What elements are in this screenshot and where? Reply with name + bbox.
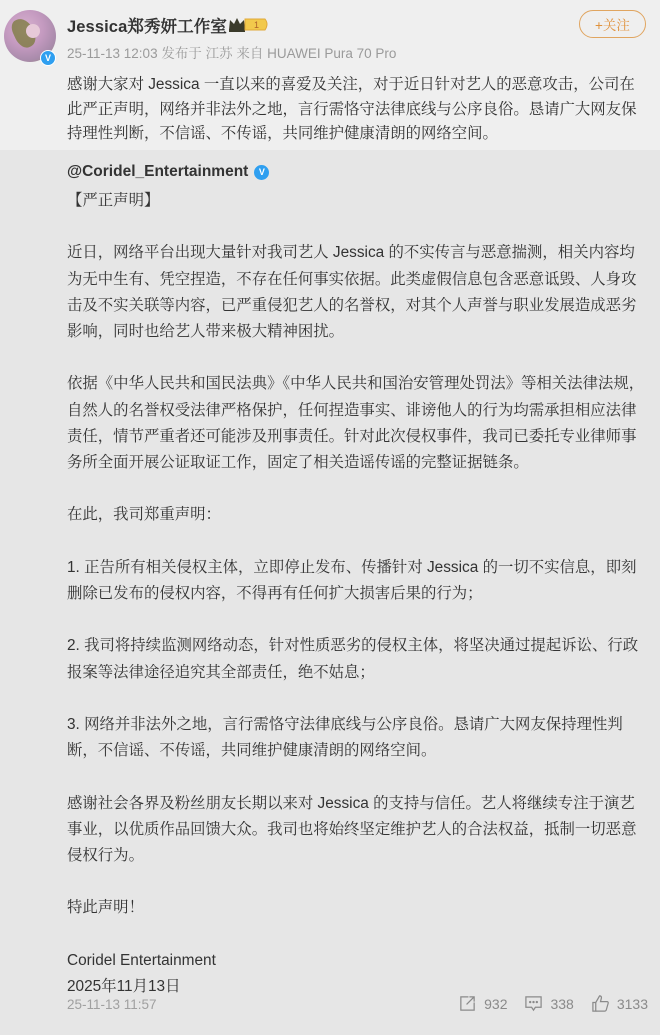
comment-button[interactable]: 338: [524, 994, 573, 1013]
repost-author-name[interactable]: @Coridel_Entertainment: [67, 163, 248, 181]
statement-title: 【严正声明】: [67, 188, 647, 214]
post-text: 感谢大家对 Jessica 一直以来的喜爱及关注，对于近日针对艺人的恶意攻击，公…: [67, 73, 647, 147]
repost-author[interactable]: @Coridel_Entertainment V: [67, 163, 269, 181]
reposted-content[interactable]: @Coridel_Entertainment V 【严正声明】 近日，网络平台出…: [0, 150, 660, 1035]
like-count: 3133: [617, 996, 648, 1012]
engagement-stats: 932 338 3133: [458, 994, 648, 1013]
paragraph: 3. 网络并非法外之地，言行需恪守法律底线与公序良俗。恳请广大网友保持理性判断，…: [67, 712, 647, 764]
like-button[interactable]: 3133: [591, 994, 648, 1013]
comment-icon: [524, 994, 543, 1013]
paragraph: 特此声明！: [67, 895, 647, 921]
comment-count: 338: [550, 996, 573, 1012]
verified-icon: V: [254, 165, 269, 180]
signature: Coridel Entertainment: [67, 948, 647, 974]
paragraph: 依据《中华人民共和国民法典》《中华人民共和国治安管理处罚法》等相关法律法规，自然…: [67, 371, 647, 476]
username[interactable]: Jessica郑秀妍工作室: [67, 13, 227, 37]
paragraph: 近日，网络平台出现大量针对我司艺人 Jessica 的不实传言与恶意揣测，相关内…: [67, 240, 647, 345]
post-meta: 25-11-13 12:03 发布于 江苏 来自 HUAWEI Pura 70 …: [67, 42, 396, 62]
paragraph: 2. 我司将持续监测网络动态，针对性质恶劣的侵权主体，将坚决通过提起诉讼、行政报…: [67, 633, 647, 685]
verified-icon: V: [40, 50, 56, 66]
paragraph: 在此，我司郑重声明：: [67, 502, 647, 528]
paragraph: 感谢社会各界及粉丝朋友长期以来对 Jessica 的支持与信任。艺人将继续专注于…: [67, 791, 647, 870]
share-icon: [458, 994, 477, 1013]
repost-timestamp: 25-11-13 11:57: [67, 997, 157, 1012]
repost-body: 【严正声明】 近日，网络平台出现大量针对我司艺人 Jessica 的不实传言与恶…: [67, 188, 647, 1000]
paragraph: 1. 正告所有相关侵权主体，立即停止发布、传播针对 Jessica 的一切不实信…: [67, 555, 647, 607]
post-header: V Jessica郑秀妍工作室 1 25-11-13 12:03 发布于 江苏 …: [0, 0, 660, 150]
member-crown-badge-icon: 1: [228, 15, 270, 33]
svg-text:1: 1: [254, 20, 259, 30]
repost-count: 932: [484, 996, 507, 1012]
repost-button[interactable]: 932: [458, 994, 507, 1013]
thumbs-up-icon: [591, 994, 610, 1013]
follow-button[interactable]: +关注: [579, 10, 646, 38]
